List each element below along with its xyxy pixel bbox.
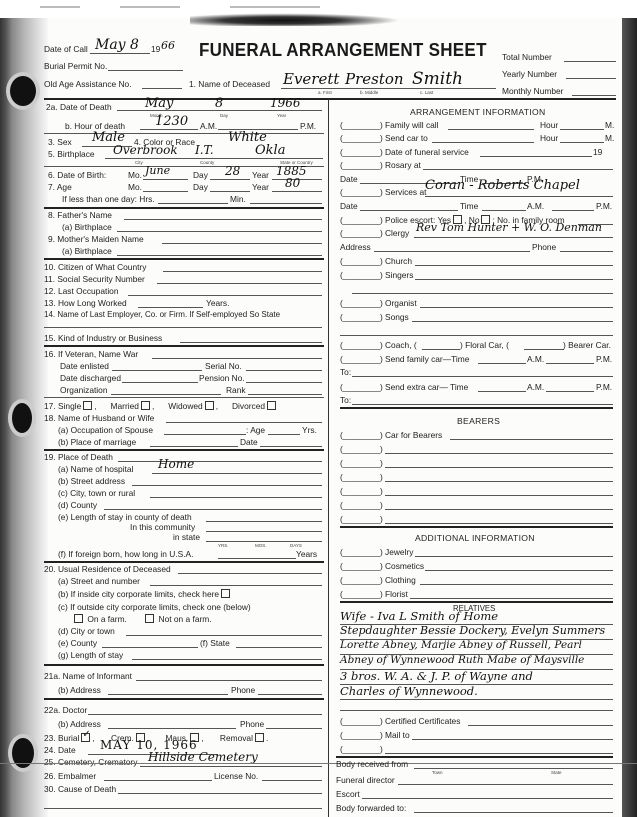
floral-car-label: ) Floral Car, ( — [460, 340, 509, 350]
death-day[interactable]: 8 — [215, 96, 223, 111]
hour-of-death-value[interactable]: 1230 — [155, 114, 188, 129]
date-of-call-value[interactable]: May 8 — [95, 37, 139, 53]
services-label: Services at — [385, 187, 426, 197]
scan-right-edge — [622, 18, 637, 817]
name-first[interactable]: Everett — [283, 70, 339, 88]
dob-mo-label: Mo. — [128, 170, 142, 180]
paren-blank: (________) — [340, 561, 383, 571]
relatives-line[interactable]: Wife - Iva L Smith of Home — [340, 609, 498, 623]
age-mo-label: Mo. — [128, 182, 142, 192]
paren-blank: (________) — [340, 547, 383, 557]
widowed-checkbox[interactable] — [205, 401, 214, 410]
florist-label: Florist — [385, 589, 408, 599]
burial-checkbox-checked[interactable]: ✓ — [81, 733, 90, 742]
cemetery-value[interactable]: Hillside Cemetery — [148, 750, 258, 764]
pm-label: P.M. — [596, 354, 612, 364]
divorced-checkbox[interactable] — [267, 401, 276, 410]
inside-city-checkbox[interactable] — [221, 589, 230, 598]
paren-blank: (________) — [340, 575, 383, 585]
veteran-label: 16. If Veteran, Name War — [44, 349, 138, 359]
foreign-born-label: (f) If foreign born, how long in U.S.A. — [58, 549, 193, 559]
sub-first: a. First — [318, 90, 332, 95]
paren-blank: (________) — [340, 120, 383, 130]
car-for-bearers-label: Car for Bearers — [385, 430, 442, 440]
residence-label: 20. Usual Residence of Deceased — [44, 564, 171, 574]
how-long-worked-label: 13. How Long Worked — [44, 298, 127, 308]
death-month[interactable]: May — [145, 96, 173, 111]
state-sub-label: State — [551, 770, 562, 775]
city-town-rural-label: (c) City, town or rural — [58, 488, 135, 498]
bearer-slot: (________) — [340, 514, 383, 524]
bearer-slot: (________) — [340, 458, 383, 468]
days-header: DAYS — [290, 543, 302, 548]
cemetery-label: 25. Cemetery, Crematory — [44, 757, 137, 767]
birthplace-label: 5. Birthplace — [48, 149, 95, 159]
marriage-place-label: (b) Place of marriage — [58, 437, 136, 447]
res-state-label: (f) State — [200, 638, 230, 648]
relatives-line[interactable]: Charles of Wynnewood. — [340, 684, 478, 698]
binding-edge — [0, 18, 48, 817]
res-outside-label: (c) If outside city corporate limits, ch… — [58, 602, 251, 612]
bearer-slot: (________) — [340, 486, 383, 496]
monthly-number-label: Monthly Number — [502, 86, 563, 96]
arrangement-info-header: ARRANGEMENT INFORMATION — [410, 107, 546, 117]
singers-label: Singers — [385, 270, 413, 280]
yrs-header: YRS. — [218, 543, 229, 548]
organist-label: Organist — [385, 298, 417, 308]
mos-header: MOS. — [255, 543, 267, 548]
paren-blank: (________) — [340, 147, 383, 157]
year-value[interactable]: 66 — [161, 39, 175, 52]
date-label: Date — [340, 174, 358, 184]
paren-blank: (________) — [340, 133, 383, 143]
spouse-name-label: 18. Name of Husband or Wife — [44, 413, 154, 423]
certified-certificates-label: Certified Certificates — [385, 716, 460, 726]
res-stay-label: (g) Length of stay — [58, 650, 123, 660]
paren-blank: (________) — [340, 256, 383, 266]
paren-blank: (________) — [340, 589, 383, 599]
date-enlisted-label: Date enlisted — [60, 361, 109, 371]
serial-no-label: Serial No. — [205, 361, 242, 371]
dob-month[interactable]: June — [145, 164, 170, 177]
coach-label: Coach, ( — [385, 340, 417, 350]
burial-date-label: 24. Date — [44, 745, 76, 755]
year-prefix: 19 — [151, 44, 160, 54]
column-divider — [328, 99, 329, 817]
extra-car-label: Send extra car— Time — [385, 382, 468, 392]
cause-of-death-label: 30. Cause of Death — [44, 784, 116, 794]
age-year-value[interactable]: 80 — [285, 176, 300, 190]
relatives-line[interactable]: Lorette Abney, Marjie Abney of Russell, … — [340, 639, 582, 651]
birth-county[interactable]: I.T. — [195, 143, 214, 157]
pm-label: P.M. — [596, 382, 612, 392]
paren-blank: (________) — [340, 716, 383, 726]
industry-label: 15. Kind of Industry or Business — [44, 333, 162, 343]
on-farm-checkbox[interactable] — [74, 614, 83, 623]
m-label: M. — [605, 120, 614, 130]
sub-year: Year — [277, 113, 286, 118]
marriage-date-label: Date — [240, 437, 258, 447]
hospital-value[interactable]: Home — [158, 457, 194, 471]
not-on-farm-checkbox[interactable] — [145, 614, 154, 623]
jewelry-label: Jewelry — [385, 547, 413, 557]
relatives-line[interactable]: 3 bros. W. A. & J. P. of Wayne and — [340, 669, 533, 683]
paren-blank: (________) — [340, 298, 383, 308]
street-address-label: (b) Street address — [58, 476, 125, 486]
mother-birthplace-label: (a) Birthplace — [62, 246, 112, 256]
res-county-label: (e) County — [58, 638, 97, 648]
death-year[interactable]: 1966 — [270, 96, 301, 110]
name-of-deceased-label: 1. Name of Deceased — [189, 79, 270, 89]
birth-city[interactable]: Overbrook — [113, 143, 178, 157]
paren-blank: (________) — [340, 270, 383, 280]
paren-blank: (________) — [340, 430, 383, 440]
address-label: Address — [340, 242, 371, 252]
cosmetics-label: Cosmetics — [385, 561, 424, 571]
single-checkbox[interactable] — [83, 401, 92, 410]
age-year-label: Year — [252, 182, 269, 192]
doctor-phone-label: Phone — [240, 719, 264, 729]
funeral-director-label: Funeral director — [336, 775, 395, 785]
mail-to-label: Mail to — [385, 730, 410, 740]
spouse-age-label: : Age — [246, 425, 265, 435]
dob-day[interactable]: 28 — [225, 164, 240, 178]
send-car-label: Send car to — [385, 133, 428, 143]
paren-blank: (________) — [340, 187, 383, 197]
stay-state-label: in state — [173, 532, 200, 542]
escort-label: Escort — [336, 789, 360, 799]
age-label: 7. Age — [48, 182, 72, 192]
am-label: A.M. — [200, 121, 217, 131]
married-checkbox[interactable] — [141, 401, 150, 410]
name-last[interactable]: Smith — [412, 69, 463, 89]
citizen-label: 10. Citizen of What Country — [44, 262, 146, 272]
relatives-line[interactable]: Abney of Wynnewood Ruth Mabe of Maysvill… — [340, 654, 584, 666]
sex-label: 3. Sex — [48, 137, 72, 147]
clothing-label: Clothing — [385, 575, 416, 585]
sub-day: Day — [220, 113, 228, 118]
bearer-slot: (________) — [340, 500, 383, 510]
doctor-address-label: (b) Address — [58, 719, 101, 729]
doctor-label: 22a. Doctor — [44, 705, 87, 715]
dob-day-label: Day — [193, 170, 208, 180]
am-label: A.M. — [527, 382, 544, 392]
sub-middle: b. Middle — [360, 90, 378, 95]
clergy-label: Clergy — [385, 228, 409, 238]
years-suffix: Years — [296, 549, 317, 559]
informant-address-label: (b) Address — [58, 685, 101, 695]
body-forwarded-label: Body forwarded to: — [336, 803, 406, 813]
funeral-date-label: Date of funeral service — [385, 147, 469, 157]
total-number-label: Total Number — [502, 52, 552, 62]
date-label: Date — [340, 201, 358, 211]
songs-label: Songs — [385, 312, 409, 322]
dob-label: 6. Date of Birth: — [48, 170, 106, 180]
rank-label: Rank — [226, 385, 246, 395]
town-sub-label: Town — [432, 770, 443, 775]
punch-hole — [10, 76, 36, 106]
to-label: To: — [340, 395, 351, 405]
res-inside-label: (b) If inside city corporate limits, che… — [58, 589, 232, 599]
informant-phone-label: Phone — [231, 685, 255, 695]
embalmer-label: 26. Embalmer — [44, 771, 96, 781]
old-age-label: Old Age Assistance No. — [44, 79, 132, 89]
clergy-value[interactable]: Rev Tom Hunter + W. O. Denman — [416, 221, 602, 234]
rosary-label: Rosary at — [385, 160, 421, 170]
services-value[interactable]: Coran - Roberts Chapel — [425, 178, 580, 193]
paren-blank: (________) — [340, 744, 383, 754]
paren-blank: (________) — [340, 312, 383, 322]
hour-label: Hour — [540, 133, 558, 143]
organization-label: Organization — [60, 385, 108, 395]
birth-state[interactable]: Okla — [255, 143, 285, 158]
body-received-label: Body received from — [336, 759, 408, 769]
to-label: To: — [340, 367, 351, 377]
occupation-label: 12. Last Occupation — [44, 286, 119, 296]
dob-year-label: Year — [252, 170, 269, 180]
bearer-slot: (________) — [340, 444, 383, 454]
removal-checkbox[interactable] — [255, 733, 264, 742]
less-than-day-label: If less than one day: Hrs. — [62, 194, 155, 204]
paren-blank: (________) — [340, 730, 383, 740]
hospital-label: (a) Name of hospital — [58, 464, 133, 474]
years-label: Years. — [206, 298, 229, 308]
punch-hole — [12, 403, 32, 433]
yrs-label: Yrs. — [302, 425, 317, 435]
bearer-slot: (________) — [340, 472, 383, 482]
place-of-death-label: 19. Place of Death — [44, 452, 113, 462]
sub-last: c. Last — [420, 90, 433, 95]
bearers-header: BEARERS — [457, 416, 500, 426]
hour-label: Hour — [540, 120, 558, 130]
date-discharged-label: Date discharged — [60, 373, 121, 383]
county-label: (d) County — [58, 500, 97, 510]
church-label: Church — [385, 256, 412, 266]
license-label: License No. — [214, 771, 258, 781]
additional-info-header: ADDITIONAL INFORMATION — [415, 533, 535, 543]
paper-tear — [190, 12, 420, 26]
paren-blank: (________) — [340, 354, 383, 364]
paren-blank: (________) — [340, 382, 383, 392]
spouse-occupation-label: (a) Occupation of Spouse — [58, 425, 153, 435]
burial-permit-label: Burial Permit No. — [44, 61, 107, 71]
time-label: Time — [460, 201, 478, 211]
father-name-label: 8. Father's Name — [48, 210, 112, 220]
nineteen-label: 19 — [593, 147, 602, 157]
res-city-label: (d) City or town — [58, 626, 115, 636]
sub-county: County — [200, 160, 214, 165]
paren-blank: (________) — [340, 340, 383, 350]
relatives-line[interactable]: Stepdaughter Bessie Dockery, Evelyn Summ… — [340, 624, 605, 637]
paren-blank: (________) — [340, 215, 383, 225]
stay-county-label: (e) Length of stay in county of death — [58, 512, 192, 522]
am-label: A.M. — [527, 354, 544, 364]
sub-city: City — [135, 160, 143, 165]
pm-label: P.M. — [596, 201, 612, 211]
min-label: Min. — [230, 194, 246, 204]
yearly-number-label: Yearly Number — [502, 69, 557, 79]
stay-community-label: In this community — [130, 522, 195, 532]
marital-status: 17. Single, Married, Widowed, Divorced — [44, 401, 278, 411]
bearer-car-label: ) Bearer Car. — [563, 340, 611, 350]
ssn-label: 11. Social Security Number — [44, 274, 145, 284]
name-middle[interactable]: Preston — [345, 70, 404, 88]
paren-blank: (________) — [340, 228, 383, 238]
pm-label: P.M. — [300, 121, 316, 131]
family-car-label: Send family car—Time — [385, 354, 469, 364]
am-label: A.M. — [527, 201, 544, 211]
age-day-label: Day — [193, 182, 208, 192]
father-birthplace-label: (a) Birthplace — [62, 222, 112, 232]
date-of-death-label: 2a. Date of Death — [46, 102, 112, 112]
m-label: M. — [605, 133, 614, 143]
family-will-call-label: Family will call — [385, 120, 439, 130]
pension-no-label: Pension No. — [199, 373, 245, 383]
date-of-call-label: Date of Call — [44, 44, 88, 54]
mother-name-label: 9. Mother's Maiden Name — [48, 234, 144, 244]
farm-options: On a farm. Not on a farm. — [72, 614, 212, 624]
paren-blank: (________) — [340, 160, 383, 170]
phone-label: Phone — [532, 242, 556, 252]
page-title: FUNERAL ARRANGEMENT SHEET — [199, 39, 487, 61]
employer-label: 14. Name of Last Employer, Co. or Firm. … — [44, 310, 280, 319]
informant-label: 21a. Name of Informant — [44, 671, 132, 681]
res-street-label: (a) Street and number — [58, 576, 140, 586]
